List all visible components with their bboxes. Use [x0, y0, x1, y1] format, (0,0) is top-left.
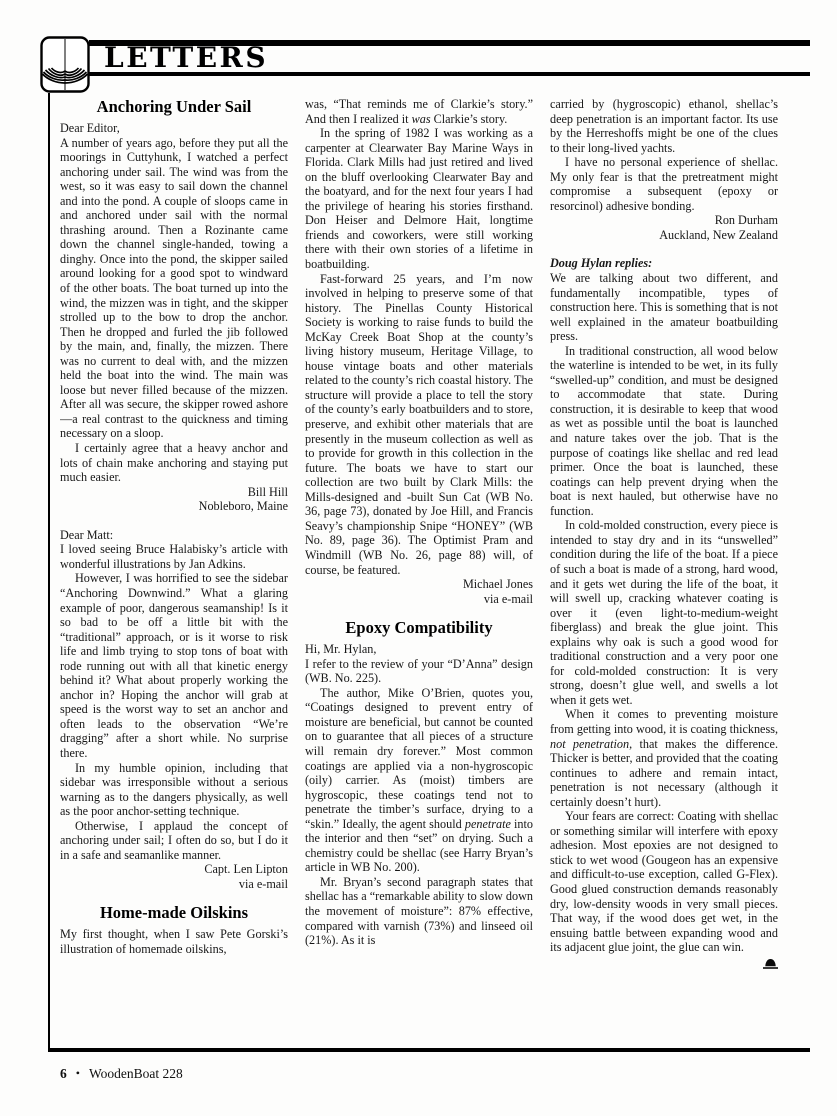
left-margin-rule: [48, 93, 50, 1050]
column-3: carried by (hygroscopic) ethanol, shella…: [550, 97, 778, 1046]
footer-rule: [48, 1048, 810, 1052]
salutation: Hi, Mr. Hylan,: [305, 642, 533, 657]
bullet-separator: •: [76, 1066, 80, 1080]
paragraph: A number of years ago, before they put a…: [60, 136, 288, 441]
page-title: LETTERS: [104, 45, 268, 71]
column-1: Anchoring Under SailDear Editor,A number…: [60, 97, 288, 1046]
paragraph: When it comes to preventing moisture fro…: [550, 707, 778, 809]
signature-line: Auckland, New Zealand: [550, 228, 778, 243]
signature-line: Ron Durham: [550, 213, 778, 228]
letter-heading: Anchoring Under Sail: [60, 97, 288, 116]
paragraph: In the spring of 1982 I was working as a…: [305, 126, 533, 271]
paragraph: However, I was horrified to see the side…: [60, 571, 288, 760]
paragraph: My first thought, when I saw Pete Gorski…: [60, 927, 288, 956]
paragraph: In cold-molded construction, every piece…: [550, 518, 778, 707]
woodenboat-logo-icon: [40, 36, 90, 93]
salutation: Dear Editor,: [60, 121, 288, 136]
paragraph: Your fears are correct: Coating with she…: [550, 809, 778, 954]
paragraph: We are talking about two different, and …: [550, 271, 778, 344]
column-2: was, “That reminds me of Clarkie’s story…: [305, 97, 533, 1046]
paragraph: Otherwise, I applaud the concept of anch…: [60, 819, 288, 863]
letter-heading: Epoxy Compatibility: [305, 618, 533, 637]
paragraph: I refer to the review of your “D’Anna” d…: [305, 657, 533, 686]
paragraph: I loved seeing Bruce Halabisky’s article…: [60, 542, 288, 571]
signature-line: Bill Hill: [60, 485, 288, 500]
paragraph: Mr. Bryan’s second paragraph states that…: [305, 875, 533, 948]
paragraph: carried by (hygroscopic) ethanol, shella…: [550, 97, 778, 155]
paragraph: Fast-forward 25 years, and I’m now invol…: [305, 272, 533, 577]
header-rule-bottom: [89, 72, 810, 76]
paragraph: was, “That reminds me of Clarkie’s story…: [305, 97, 533, 126]
signature-line: via e-mail: [305, 592, 533, 607]
page-footer: 6•WoodenBoat 228: [60, 1066, 183, 1082]
magazine-issue: WoodenBoat 228: [89, 1066, 183, 1081]
paragraph: In traditional construction, all wood be…: [550, 344, 778, 519]
paragraph: I certainly agree that a heavy anchor an…: [60, 441, 288, 485]
paragraph: In my humble opinion, including that sid…: [60, 761, 288, 819]
paragraph: The author, Mike O’Brien, quotes you, “C…: [305, 686, 533, 875]
signature-line: via e-mail: [60, 877, 288, 892]
letter-heading: Home-made Oilskins: [60, 903, 288, 922]
end-of-letter-icon: [748, 958, 778, 973]
reply-byline: Doug Hylan replies:: [550, 256, 778, 271]
salutation: Dear Matt:: [60, 528, 288, 543]
signature-line: Capt. Len Lipton: [60, 862, 288, 877]
page-number: 6: [60, 1066, 67, 1081]
paragraph: I have no personal experience of shellac…: [550, 155, 778, 213]
signature-line: Nobleboro, Maine: [60, 499, 288, 514]
signature-line: Michael Jones: [305, 577, 533, 592]
letters-columns: Anchoring Under SailDear Editor,A number…: [60, 97, 778, 1046]
